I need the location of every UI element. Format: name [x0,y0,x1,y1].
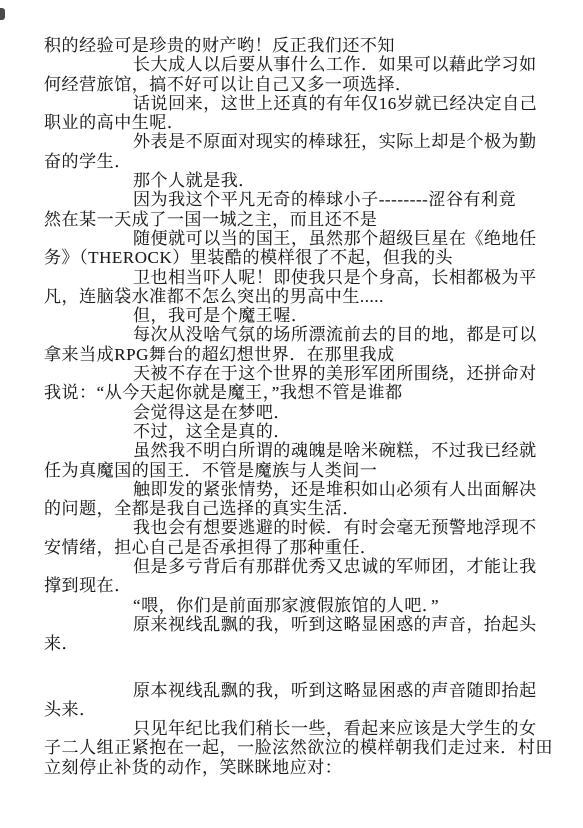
text-line: 长大成人以后要从事什么工作．如果可以藉此学习如 [44,55,564,74]
text-line: 子二人组正紧抱在一起，一脸泫然欲泣的模样朝我们走过来．村田 [44,738,564,757]
text-line: 立刻停止补货的动作，笑眯眯地应对： [44,758,564,777]
text-line: 安情绪，担心自己是否承担得了那种重任． [44,538,564,557]
text-line: 原本视线乱飘的我，听到这略显困惑的声音随即抬起 [44,681,564,700]
scanned-book-page: 积的经验可是珍贵的财产哟！反正我们还不知长大成人以后要从事什么工作．如果可以藉此… [0,0,583,828]
text-line: 拿来当成RPG舞台的超幻想世界．在那里我成 [44,345,564,364]
text-line: 不过，这全是真的． [44,422,564,441]
paragraph-gap [44,654,564,681]
text-line: 头来． [44,700,564,719]
text-line: 我也会有想要逃避的时候．有时会毫无预警地浮现不 [44,518,564,537]
text-line: 天被不存在于这个世界的美形军团所围绕，还拼命对 [44,364,564,383]
text-line: 话说回来，这世上还真的有年仅16岁就已经决定自己 [44,94,564,113]
text-line: 撑到现在． [44,576,564,595]
text-line: 何经营旅馆，搞不好可以让自己又多一项选择． [44,75,564,94]
text-line: 外表是不原面对现实的棒球狂，实际上却是个极为勤 [44,132,564,151]
text-line: 我说：“从今天起你就是魔王，”我想不管是谁都 [44,383,564,402]
text-line: 卫也相当吓人呢！即使我只是个身高，长相都极为平 [44,268,564,287]
text-line: 任为真魔国的国王．不管是魔族与人类间一 [44,461,564,480]
text-line: 职业的高中生呢． [44,113,564,132]
text-line: 原来视线乱飘的我，听到这略显困惑的声音，抬起头 [44,615,564,634]
text-line: 然在某一天成了一国一城之主，而且还不是 [44,210,564,229]
text-line: 的问题，全都是我自己选择的真实生活． [44,499,564,518]
text-line: 积的经验可是珍贵的财产哟！反正我们还不知 [44,36,564,55]
text-line: 凡，连脑袋水准都不怎么突出的男高中生..... [44,287,564,306]
text-line: 来． [44,634,564,653]
text-line: 每次从没啥气氛的场所漂流前去的目的地，都是可以 [44,325,564,344]
text-line: 虽然我不明白所谓的魂魄是啥米碗糕，不过我已经就 [44,441,564,460]
scan-edge-artifact [0,8,5,20]
text-line: 只见年纪比我们稍长一些，看起来应该是大学生的女 [44,719,564,738]
text-line: “喂，你们是前面那家渡假旅馆的人吧．” [44,596,564,615]
text-line: 会觉得这是在梦吧． [44,403,564,422]
text-line: 但，我可是个魔王喔． [44,306,564,325]
text-line: 触即发的紧张情势，还是堆积如山必须有人出面解决 [44,480,564,499]
text-line: 务》（THEROCK）里装酷的模样很了不起，但我的头 [44,248,564,267]
text-line: 因为我这个平凡无奇的棒球小子--------涩谷有利竟 [44,190,564,209]
page-text: 积的经验可是珍贵的财产哟！反正我们还不知长大成人以后要从事什么工作．如果可以藉此… [44,36,564,777]
text-line: 奋的学生． [44,152,564,171]
text-line: 但是多亏背后有那群优秀又忠诚的军师团，才能让我 [44,557,564,576]
text-line: 随便就可以当的国王，虽然那个超级巨星在《绝地任 [44,229,564,248]
text-line: 那个人就是我． [44,171,564,190]
